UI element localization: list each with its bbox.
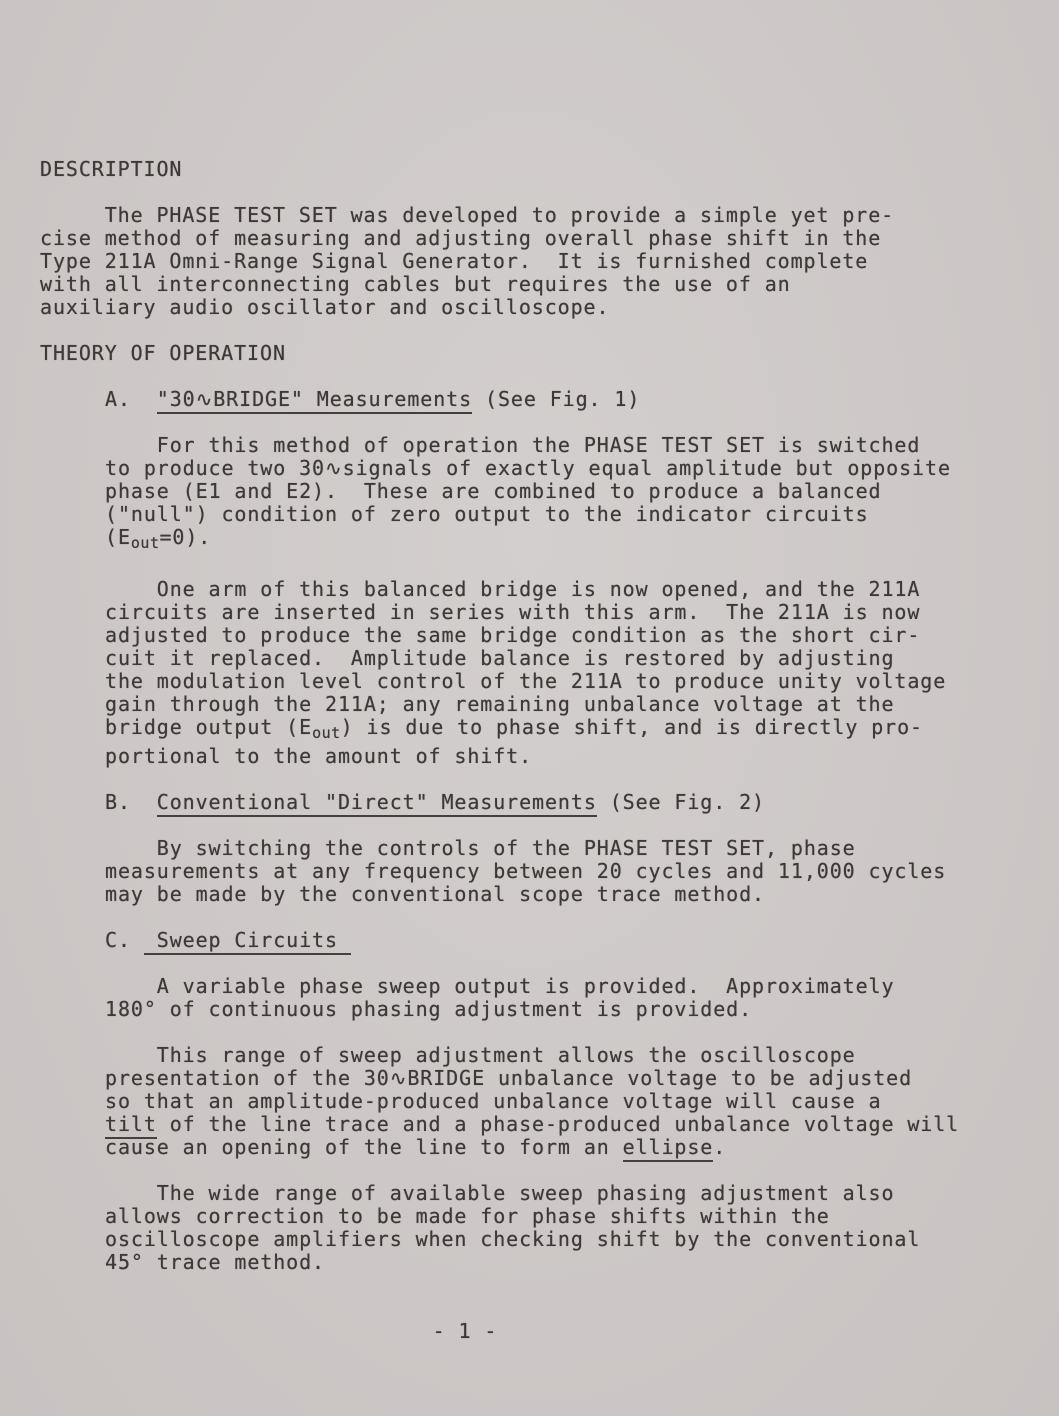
- section-a-heading: A. "30∿BRIDGE" Measurements (See Fig. 1): [105, 388, 1005, 411]
- section-a-paragraph-1: For this method of operation the PHASE T…: [105, 434, 1005, 555]
- section-b-heading: B. Conventional "Direct" Measurements (S…: [105, 791, 1005, 814]
- section-a-label: A.: [105, 387, 157, 411]
- section-c-paragraph-1: A variable phase sweep output is provide…: [105, 975, 1005, 1021]
- e-out-subscript: out: [131, 534, 160, 552]
- section-c-paragraph-2-mid: of the line trace and a phase-produced u…: [105, 1112, 959, 1159]
- section-c-paragraph-2: This range of sweep adjustment allows th…: [105, 1044, 1005, 1159]
- section-c-label: C.: [105, 928, 144, 952]
- section-b-title: Conventional "Direct" Measurements: [157, 790, 597, 817]
- section-b-paragraph-1: By switching the controls of the PHASE T…: [105, 837, 1005, 906]
- section-c-paragraph-3: The wide range of available sweep phasin…: [105, 1182, 1005, 1274]
- description-heading: DESCRIPTION: [40, 158, 1005, 181]
- theory-of-operation-heading: THEORY OF OPERATION: [40, 342, 1005, 365]
- section-a-paragraph-2: One arm of this balanced bridge is now o…: [105, 578, 1005, 768]
- section-a-paragraph-1-tail: =0).: [159, 525, 211, 549]
- section-a-see-fig: (See Fig. 1): [472, 387, 640, 411]
- section-a: A. "30∿BRIDGE" Measurements (See Fig. 1)…: [105, 388, 1005, 768]
- section-c-paragraph-2-lead: This range of sweep adjustment allows th…: [105, 1043, 912, 1113]
- section-c-title: Sweep Circuits: [144, 928, 351, 955]
- section-b-see-fig: (See Fig. 2): [597, 790, 765, 814]
- section-b: B. Conventional "Direct" Measurements (S…: [105, 791, 1005, 906]
- page-content: DESCRIPTION The PHASE TEST SET was devel…: [40, 158, 1005, 1297]
- section-a-paragraph-1-text: For this method of operation the PHASE T…: [105, 433, 951, 549]
- section-a-title: "30∿BRIDGE" Measurements: [157, 387, 472, 414]
- page-number: - 1 -: [40, 1320, 890, 1343]
- scanned-manual-page: DESCRIPTION The PHASE TEST SET was devel…: [0, 0, 1059, 1416]
- section-c: C. Sweep Circuits A variable phase sweep…: [105, 929, 1005, 1274]
- section-c-paragraph-2-tail: .: [713, 1135, 726, 1159]
- e-out-subscript: out: [312, 724, 341, 742]
- intro-paragraph: The PHASE TEST SET was developed to prov…: [40, 204, 1005, 319]
- section-c-heading: C. Sweep Circuits: [105, 929, 1005, 952]
- section-b-label: B.: [105, 790, 157, 814]
- ellipse-underlined-word: ellipse: [623, 1135, 714, 1162]
